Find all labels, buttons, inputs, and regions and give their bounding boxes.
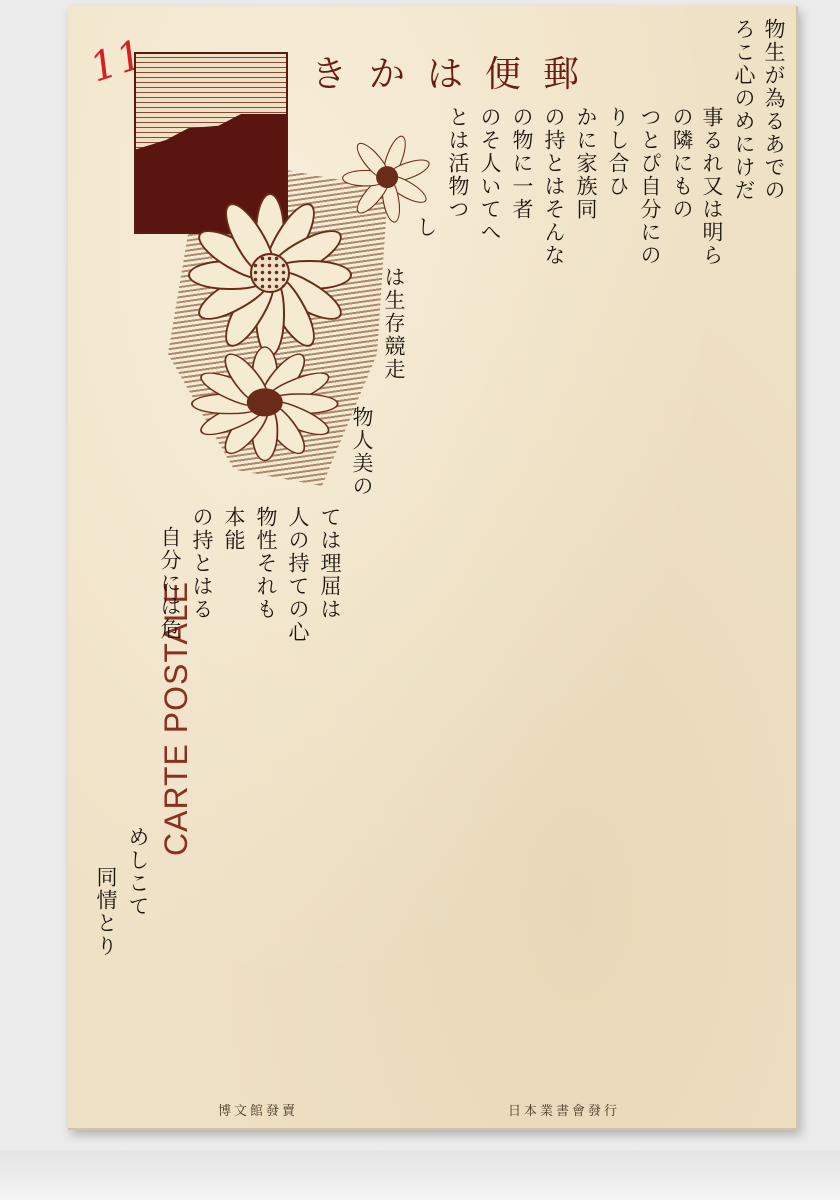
handwriting-column: りし合ひ bbox=[602, 106, 634, 198]
handwriting-column: 事るれ又は明ら bbox=[696, 106, 728, 267]
handwriting-column: めしこて bbox=[122, 826, 154, 918]
handwriting-column: 物人美の bbox=[346, 406, 378, 498]
handwriting-column: の持とはそんな bbox=[538, 106, 570, 267]
handwriting-column: 同情とり bbox=[90, 866, 122, 958]
handwriting-column: ろこ心のめにけだ bbox=[728, 18, 760, 202]
publisher-right: 日本業書會發行 bbox=[508, 1100, 620, 1119]
handwriting-column: 本能 bbox=[218, 506, 250, 552]
handwriting-column: 人の持ての心 bbox=[282, 506, 314, 644]
handwriting-column: の隣にもの bbox=[666, 106, 698, 221]
background-band bbox=[0, 1150, 840, 1200]
postcard: 11. bbox=[68, 6, 798, 1130]
handwriting-column: 自分には危 bbox=[154, 526, 186, 641]
handwriting-column: 物生が為るあでの bbox=[758, 18, 790, 202]
handwriting-column: の持とはる bbox=[186, 506, 218, 621]
handwriting-column: かに家族同 bbox=[570, 106, 602, 221]
publisher-left: 博文館發賣 bbox=[218, 1100, 298, 1119]
handwriting-column: とは活物つ bbox=[442, 106, 474, 221]
handwriting-column: の物に一者 bbox=[506, 106, 538, 221]
handwriting-column: 物性それも bbox=[250, 506, 282, 621]
handwriting-column: つとぴ自分にの bbox=[634, 106, 666, 267]
postcard-title: きかは便郵 bbox=[311, 46, 691, 96]
handwriting-column: は生存競走 bbox=[378, 266, 410, 381]
handwriting-column: のそ人いてへ bbox=[474, 106, 506, 244]
handwriting-column: ては理屈は bbox=[314, 506, 346, 621]
handwriting-column: し bbox=[410, 216, 442, 239]
